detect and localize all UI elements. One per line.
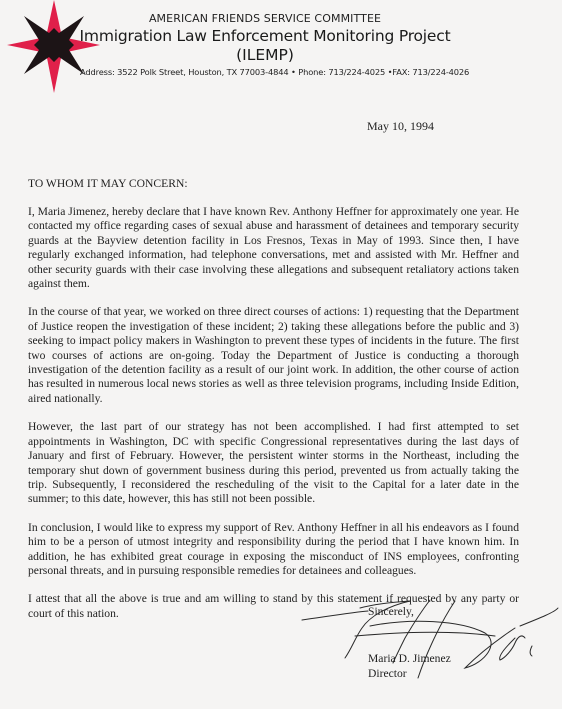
paragraph: I, Maria Jimenez, hereby declare that I … — [28, 205, 519, 291]
letter-body: TO WHOM IT MAY CONCERN: I, Maria Jimenez… — [28, 177, 519, 635]
salutation: TO WHOM IT MAY CONCERN: — [28, 177, 519, 191]
paragraph: I attest that all the above is true and … — [28, 592, 519, 621]
paragraph: In the course of that year, we worked on… — [28, 305, 519, 406]
signer-block: Maria D. Jimenez Director — [368, 652, 451, 681]
letter-date: May 10, 1994 — [367, 119, 434, 134]
closing: Sincerely, — [368, 605, 414, 619]
signer-name: Maria D. Jimenez — [368, 652, 451, 667]
paragraph: In conclusion, I would like to express m… — [28, 521, 519, 579]
project-acronym: (ILEMP) — [60, 46, 470, 65]
signer-title: Director — [368, 667, 451, 682]
project-name: Immigration Law Enforcement Monitoring P… — [60, 27, 470, 46]
contact-address: Address: 3522 Polk Street, Houston, TX 7… — [80, 66, 480, 78]
organization-name: AMERICAN FRIENDS SERVICE COMMITTEE — [60, 12, 470, 26]
letterhead: AMERICAN FRIENDS SERVICE COMMITTEE Immig… — [0, 0, 562, 100]
paragraph: However, the last part of our strategy h… — [28, 420, 519, 506]
